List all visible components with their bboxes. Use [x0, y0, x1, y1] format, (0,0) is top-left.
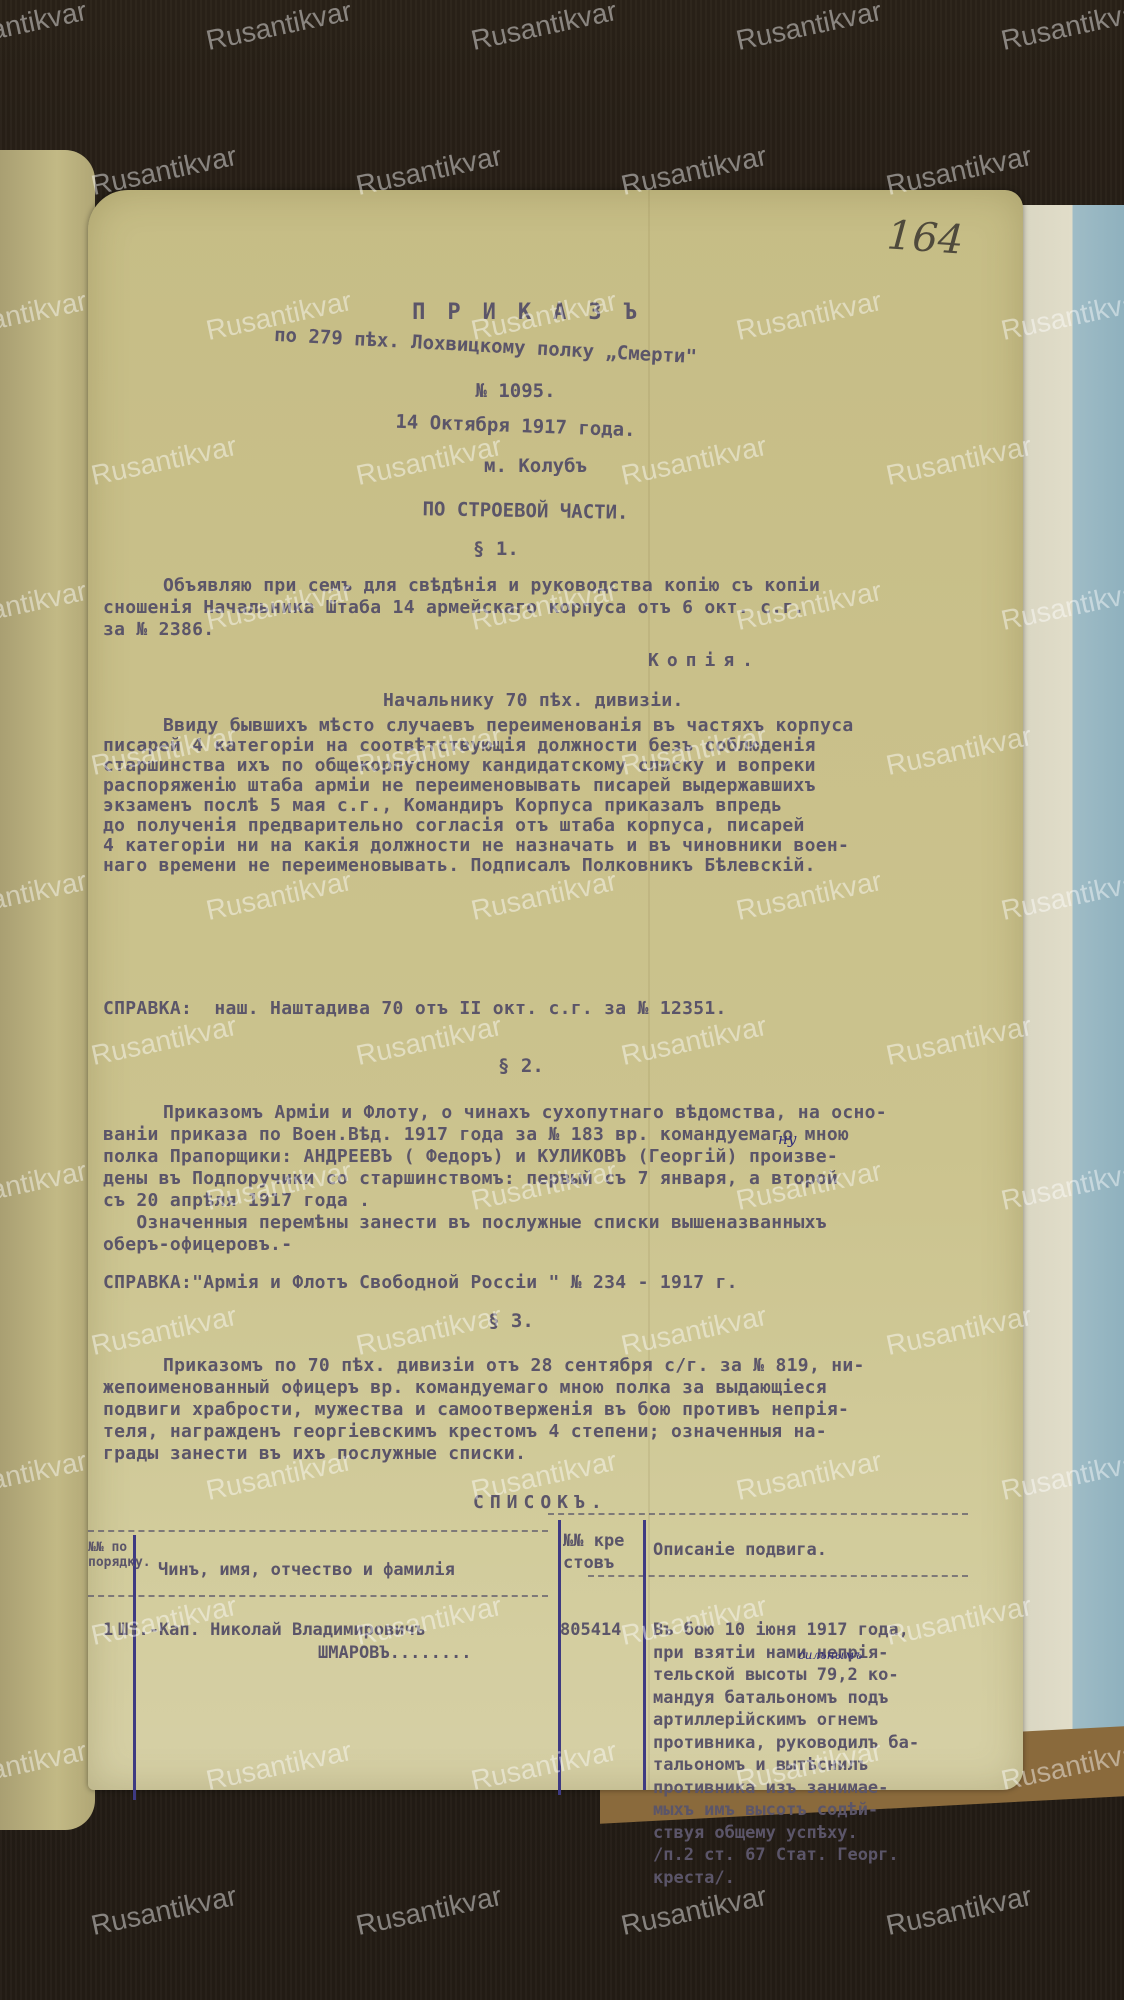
- table-header-deed: Описаніе подвига.: [653, 1540, 827, 1560]
- deed-line: мандуя батальономъ подъ: [653, 1688, 888, 1708]
- table-col-rule-2: [558, 1520, 561, 1795]
- section-2-body-line: Приказомъ Арміи и Флоту, о чинахъ сухопу…: [163, 1102, 887, 1123]
- section-1-body-line: до полученія предварительно согласія отъ…: [103, 815, 805, 836]
- section-1-sign: § 1.: [473, 538, 519, 560]
- awards-table: №№ по порядку. Чинъ, имя, отчество и фам…: [88, 1285, 1023, 1745]
- section-1-body-line: писарей 4 категоріи на соотвѣтствующія д…: [103, 735, 816, 756]
- deed-line: тальономъ и вытѣснилъ: [653, 1755, 868, 1775]
- section-1-body-line: наго времени не переименовывать. Подписа…: [103, 855, 816, 876]
- table-header-index: №№ по порядку.: [88, 1540, 132, 1570]
- order-place: м. Колубъ: [68, 455, 1003, 477]
- section-1-intro-line: за № 2386.: [103, 619, 214, 640]
- section-1-body-line: распоряженію штаба арміи не переименовыв…: [103, 775, 816, 796]
- row-index: 1: [103, 1620, 113, 1640]
- copy-label: Копія.: [648, 650, 761, 671]
- table-top-rule-left: [88, 1530, 548, 1532]
- table-header-cross-number: №№ кре стовъ: [563, 1530, 638, 1574]
- section-1-intro-line: Объявляю при семъ для свѣдѣнія и руковод…: [163, 575, 820, 596]
- deed-line: противника изъ занимае-: [653, 1778, 888, 1798]
- section-1-body-line: Ввиду бывшихъ мѣсто случаевъ переименова…: [163, 715, 854, 736]
- section-2-body-line: съ 20 апрѣля 1917 года .: [103, 1190, 370, 1211]
- deed-line: тельской высоты 79,2 ко-: [653, 1665, 899, 1685]
- deed-line: /п.2 ст. 67 Стат. Георг.: [653, 1845, 899, 1865]
- section-1-body-line: экзаменъ послѣ 5 мая с.г., Командиръ Кор…: [103, 795, 782, 816]
- table-col-rule-1: [133, 1535, 136, 1800]
- row-cross-number: 805414: [560, 1620, 621, 1640]
- section-2-body-line: дены въ Подпоручики со старшинствомъ: пе…: [103, 1168, 838, 1189]
- section-1-body-line: старшинства ихъ по общекорпусному кандид…: [103, 755, 816, 776]
- table-top-rule-right: [548, 1513, 968, 1515]
- section-1-body-line: 4 категоріи ни на какія должности не наз…: [103, 835, 849, 856]
- table-col-rule-3: [643, 1520, 646, 1790]
- page-stack-blue-cover: [1020, 205, 1124, 1735]
- table-header-rule-left: [88, 1595, 548, 1597]
- section-2-body-line: ваніи приказа по Воен.Вѣд. 1917 года за …: [103, 1124, 849, 1145]
- deed-line: Въ бою 10 іюня 1917 года,: [653, 1620, 909, 1640]
- section-2-body-line: полка Прапорщики: АНДРЕЕВЪ ( Федоръ) и К…: [103, 1146, 838, 1167]
- row-name-line1: Шт.-Кап. Николай Владимировичъ: [118, 1620, 425, 1640]
- row-name-line2: ШМАРОВЪ........: [318, 1643, 472, 1663]
- section-2-body-line: Означенныя перемѣны занести въ послужные…: [103, 1212, 827, 1233]
- order-section-heading: ПО СТРОЕВОЙ ЧАСТИ.: [58, 492, 993, 530]
- section-2-sign: § 2.: [498, 1055, 544, 1077]
- handwritten-insertion-2: сильнымъ: [798, 1648, 862, 1662]
- deed-line: ствуя общему успѣху.: [653, 1823, 858, 1843]
- deed-line: артиллерійскимъ огнемъ: [653, 1710, 878, 1730]
- section-2-body-line: оберъ-офицеровъ.-: [103, 1234, 292, 1255]
- deed-line: мыхъ имъ высотъ содѣй-: [653, 1800, 878, 1820]
- folio-number: 164: [885, 212, 964, 263]
- order-date: 14 Октября 1917 года.: [48, 399, 983, 454]
- deed-line: противника, руководилъ ба-: [653, 1733, 919, 1753]
- deed-line: креста/.: [653, 1868, 735, 1888]
- document-page: 164 ПРИКАЗЪ по 279 пѣх. Лохвицкому полку…: [88, 190, 1023, 1790]
- copy-addressee: Начальнику 70 пѣх. дивизіи.: [383, 690, 684, 711]
- order-number: № 1095.: [48, 380, 983, 402]
- section-1-intro-line: сношенія Начальника Штаба 14 армейскаго …: [103, 597, 805, 618]
- table-header-name: Чинъ, имя, отчество и фамилія: [158, 1560, 455, 1580]
- section-1-reference: СПРАВКА: наш. Наштадива 70 отъ II окт. с…: [103, 998, 727, 1019]
- handwritten-insertion-1: ну: [778, 1130, 797, 1148]
